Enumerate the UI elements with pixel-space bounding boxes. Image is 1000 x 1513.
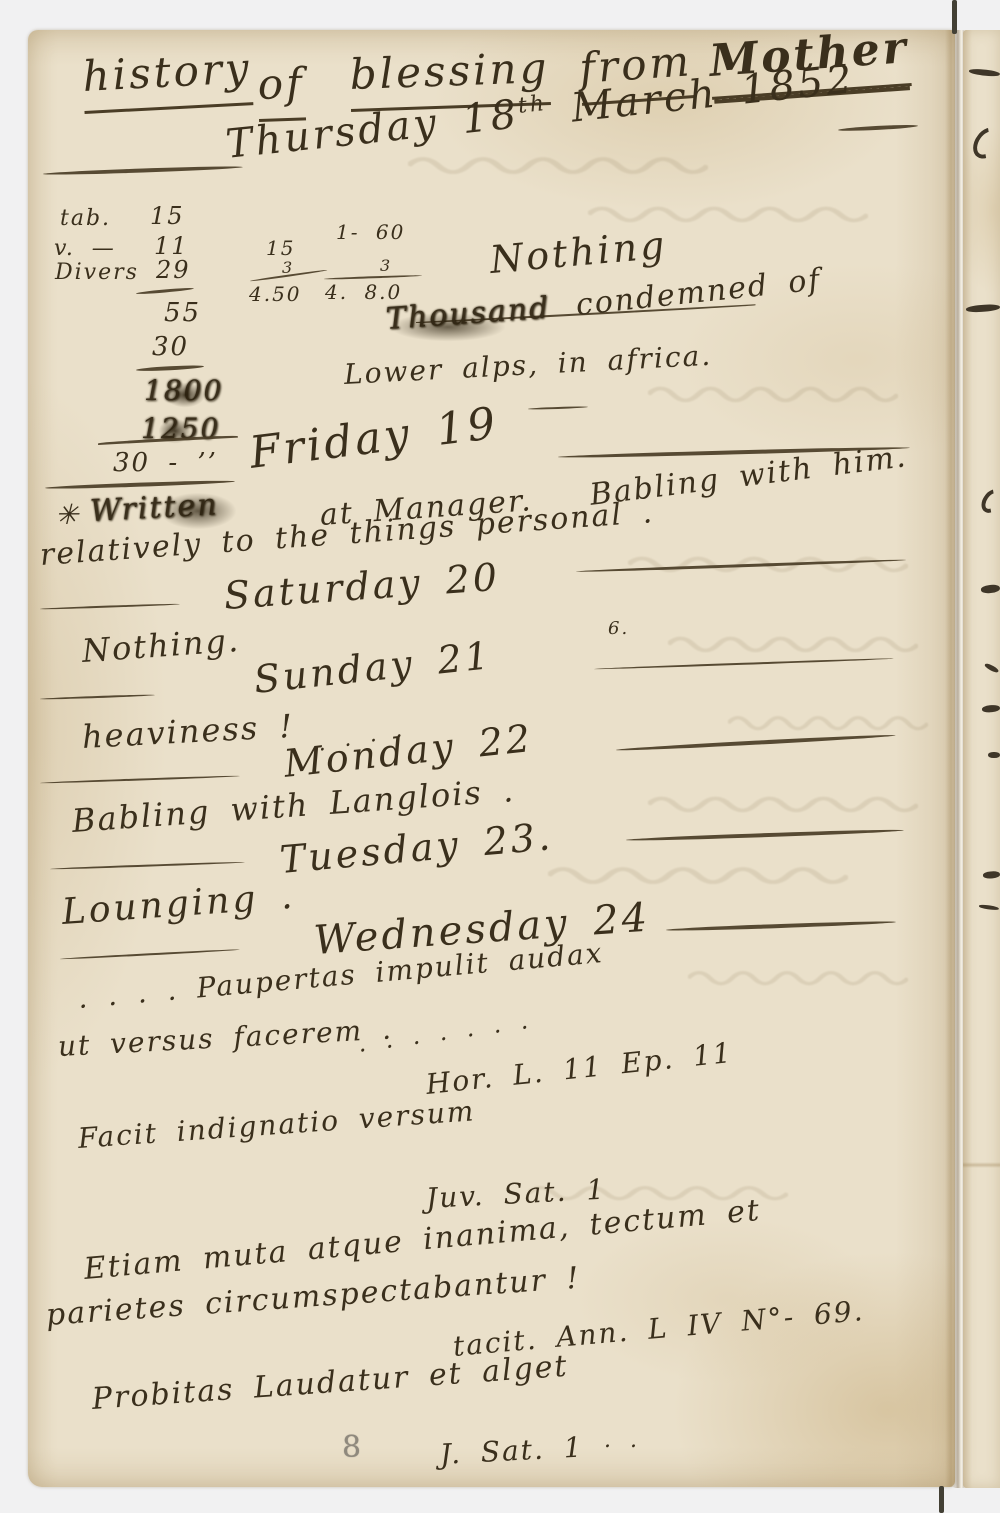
next-page-ink-mark: [967, 122, 1000, 164]
heading-dash: [616, 733, 896, 752]
quote-line: Facit indignatio versum: [77, 1094, 477, 1155]
quote-citation: Hor. L. 11 Ep. 11: [424, 1036, 734, 1101]
day-heading: Friday 19: [247, 398, 501, 479]
day-heading: Sunday 21: [252, 633, 494, 702]
heading-dash: [594, 658, 894, 670]
entry-note: Nothing.: [81, 621, 241, 670]
next-page-ink-mark: [966, 304, 1000, 313]
bleed-through-mark: [728, 710, 928, 732]
margin-dash: [40, 694, 155, 700]
title-word: history: [81, 43, 253, 114]
bleed-through-mark: [648, 380, 898, 404]
binding-thread-top: [952, 0, 957, 34]
page-number: 8: [342, 1430, 363, 1465]
small-note: 6.: [608, 618, 629, 639]
fraction-top: 15: [266, 236, 295, 260]
ink-blot: [164, 382, 206, 408]
next-page-ink-mark: [969, 68, 1000, 77]
ink-blot: [388, 312, 508, 342]
manuscript-page: history of blessing from Mother Thursday…: [28, 30, 955, 1487]
next-page-ink-mark: [982, 704, 1000, 713]
fraction-mid: 3: [380, 256, 392, 275]
day-heading: Saturday 20: [222, 555, 501, 618]
bleed-through-mark: [668, 630, 918, 654]
margin-dash: [50, 861, 245, 870]
margin-dash: [40, 603, 180, 610]
next-page-edge: [963, 30, 1000, 1488]
title-word: of: [257, 58, 306, 122]
bleed-through-mark: [688, 965, 908, 987]
account-value: 29: [156, 256, 191, 284]
fraction-bottom: 4.50: [249, 282, 302, 306]
entry-note: Nothing: [488, 223, 669, 282]
sum-line: [136, 364, 204, 372]
quote-citation: J. Sat. 1: [439, 1431, 584, 1471]
date-left-dash: [43, 165, 243, 176]
bleed-through-mark: [408, 150, 708, 176]
bleed-through-mark: [588, 200, 868, 224]
asterisk-marker: ✳: [55, 498, 80, 531]
next-page-ink-mark: [979, 904, 999, 911]
account-value: 15: [150, 202, 185, 230]
quote-line: ut versus facerem .: [57, 1012, 394, 1063]
account-next: 30: [152, 332, 189, 362]
binding-thread-bottom: [939, 1486, 944, 1513]
entry-note: Lounging .: [61, 876, 297, 933]
day-heading: Tuesday 23.: [278, 814, 555, 882]
margin-dash: [40, 775, 240, 784]
fraction-top: 1- 60: [336, 220, 405, 244]
next-page-ink-mark: [984, 662, 1000, 673]
next-page-ink-mark: [977, 485, 1000, 517]
bleed-through-mark: [648, 790, 918, 814]
sum-line: [136, 287, 194, 295]
date-ordinal: th: [517, 91, 548, 119]
word-underline: [528, 406, 588, 410]
next-page-ink-mark: [981, 584, 1000, 594]
account-result: 30 - ’’: [113, 448, 218, 478]
next-page-ink-mark: [983, 871, 1000, 879]
account-label: v. —: [54, 236, 116, 261]
entry-note: heaviness !: [81, 707, 295, 756]
trailing-dots: . .: [604, 1428, 639, 1453]
next-page-crease: [963, 1162, 1000, 1168]
account-subtotal: 55: [164, 298, 201, 328]
next-page-ink-mark: [988, 752, 1000, 758]
heading-dash: [666, 920, 896, 932]
note-underline: [60, 949, 240, 960]
quote-line: Probitas Laudatur et alget: [91, 1349, 570, 1417]
heading-dash: [626, 828, 904, 842]
account-label: tab.: [60, 206, 111, 231]
account-label: Divers: [55, 260, 139, 285]
bleed-through-mark: [548, 860, 848, 886]
date-right-dash: [838, 124, 918, 132]
fraction-bottom: 4. 8.0: [325, 280, 402, 304]
